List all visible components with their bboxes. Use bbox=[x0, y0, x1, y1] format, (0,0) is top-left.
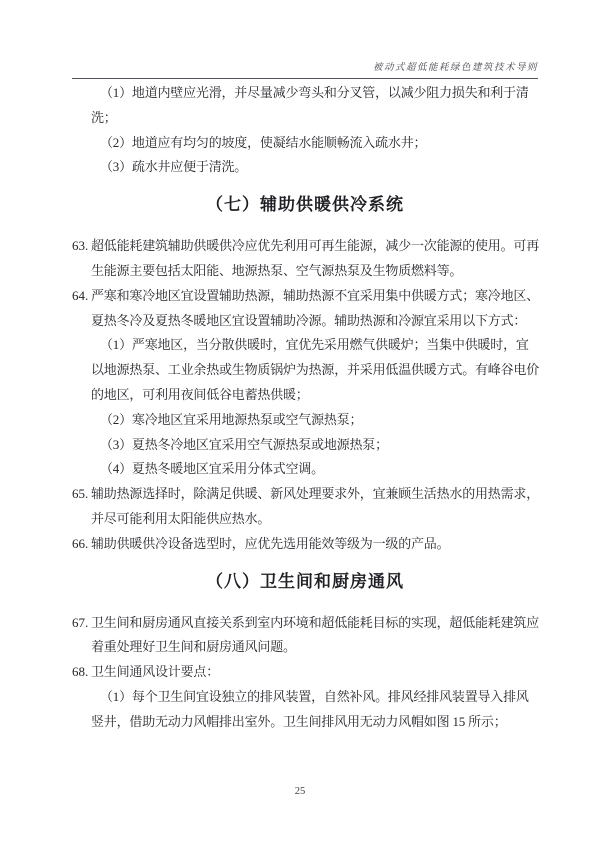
document-content: （1）地道内壁应光滑，并尽量减少弯头和分叉管，以减少阻力损失和利于清洗；（2）地… bbox=[72, 75, 538, 735]
item-number: 64. bbox=[72, 284, 91, 309]
text-line: （2）寒冷地区宜采用地源热泵或空气源热泵； bbox=[100, 408, 538, 433]
item-text: 辅助供暖供冷设备选型时，应优先选用能效等级为一级的产品。 bbox=[91, 532, 449, 557]
text-line: 生能源主要包括太阳能、地源热泵、空气源热泵及生物质燃料等。 bbox=[91, 259, 538, 284]
page-number: 25 bbox=[295, 786, 306, 797]
text-line: （1）严寒地区，当分散供暖时，宜优先采用燃气供暖炉；当集中供暖时，宜 bbox=[100, 333, 538, 358]
item-number: 66. bbox=[72, 532, 91, 557]
text-line: 并尽可能利用太阳能供应热水。 bbox=[91, 507, 538, 532]
text-line: 竖井，借助无动力风帽排出室外。卫生间排风用无动力风帽如图 15 所示； bbox=[91, 710, 538, 735]
text-line: （4）夏热冬暖地区宜采用分体式空调。 bbox=[100, 457, 538, 482]
item-number: 68. bbox=[72, 660, 91, 685]
text-line: 以地源热泵、工业余热或生物质锅炉为热源，并采用低温供暖方式。有峰谷电价 bbox=[91, 358, 538, 383]
text-line: 着重处理好卫生间和厨房通风问题。 bbox=[91, 635, 538, 660]
item-number: 63. bbox=[72, 234, 91, 259]
text-line: 的地区，可利用夜间低谷电蓄热供暖； bbox=[91, 383, 538, 408]
numbered-item-line: 68.卫生间通风设计要点： bbox=[72, 660, 538, 685]
page-header: 被动式超低能耗绿色建筑技术导则 bbox=[72, 0, 538, 79]
item-number: 67. bbox=[72, 611, 91, 636]
item-text: 辅助热源选择时，除满足供暖、新风处理要求外，宜兼顾生活热水的用热需求， bbox=[91, 482, 539, 507]
text-line: （3）夏热冬冷地区宜采用空气源热泵或地源热泵； bbox=[100, 433, 538, 458]
item-text: 严寒和寒冷地区宜设置辅助热源，辅助热源不宜采用集中供暖方式；寒冷地区、 bbox=[91, 284, 539, 309]
page-footer: 25 bbox=[0, 781, 600, 799]
running-title: 被动式超低能耗绿色建筑技术导则 bbox=[373, 63, 538, 73]
numbered-item-line: 65.辅助热源选择时，除满足供暖、新风处理要求外，宜兼顾生活热水的用热需求， bbox=[72, 482, 538, 507]
text-line: （3）疏水井应便于清洗。 bbox=[100, 155, 538, 180]
section-heading: （八）卫生间和厨房通风 bbox=[72, 569, 538, 595]
text-line: 夏热冬冷及夏热冬暖地区宜设置辅助冷源。辅助热源和冷源宜采用以下方式： bbox=[91, 309, 538, 334]
numbered-item-line: 67.卫生间和厨房通风直接关系到室内环境和超低能耗目标的实现，超低能耗建筑应 bbox=[72, 611, 538, 636]
item-text: 卫生间和厨房通风直接关系到室内环境和超低能耗目标的实现，超低能耗建筑应 bbox=[91, 611, 539, 636]
section-heading: （七）辅助供暖供冷系统 bbox=[72, 192, 538, 218]
numbered-item-line: 64.严寒和寒冷地区宜设置辅助热源，辅助热源不宜采用集中供暖方式；寒冷地区、 bbox=[72, 284, 538, 309]
text-line: 洗； bbox=[91, 106, 538, 131]
text-line: （2）地道应有均匀的坡度，使凝结水能顺畅流入疏水井； bbox=[100, 131, 538, 156]
numbered-item-line: 66.辅助供暖供冷设备选型时，应优先选用能效等级为一级的产品。 bbox=[72, 532, 538, 557]
item-text: 超低能耗建筑辅助供暖供冷应优先利用可再生能源，减少一次能源的使用。可再 bbox=[91, 234, 539, 259]
text-line: （1）地道内壁应光滑，并尽量减少弯头和分叉管，以减少阻力损失和利于清 bbox=[100, 81, 538, 106]
item-number: 65. bbox=[72, 482, 91, 507]
item-text: 卫生间通风设计要点： bbox=[91, 660, 219, 685]
document-page: 被动式超低能耗绿色建筑技术导则 （1）地道内壁应光滑，并尽量减少弯头和分叉管，以… bbox=[0, 0, 600, 848]
numbered-item-line: 63.超低能耗建筑辅助供暖供冷应优先利用可再生能源，减少一次能源的使用。可再 bbox=[72, 234, 538, 259]
text-line: （1）每个卫生间宜设独立的排风装置，自然补风。排风经排风装置导入排风 bbox=[100, 685, 538, 710]
